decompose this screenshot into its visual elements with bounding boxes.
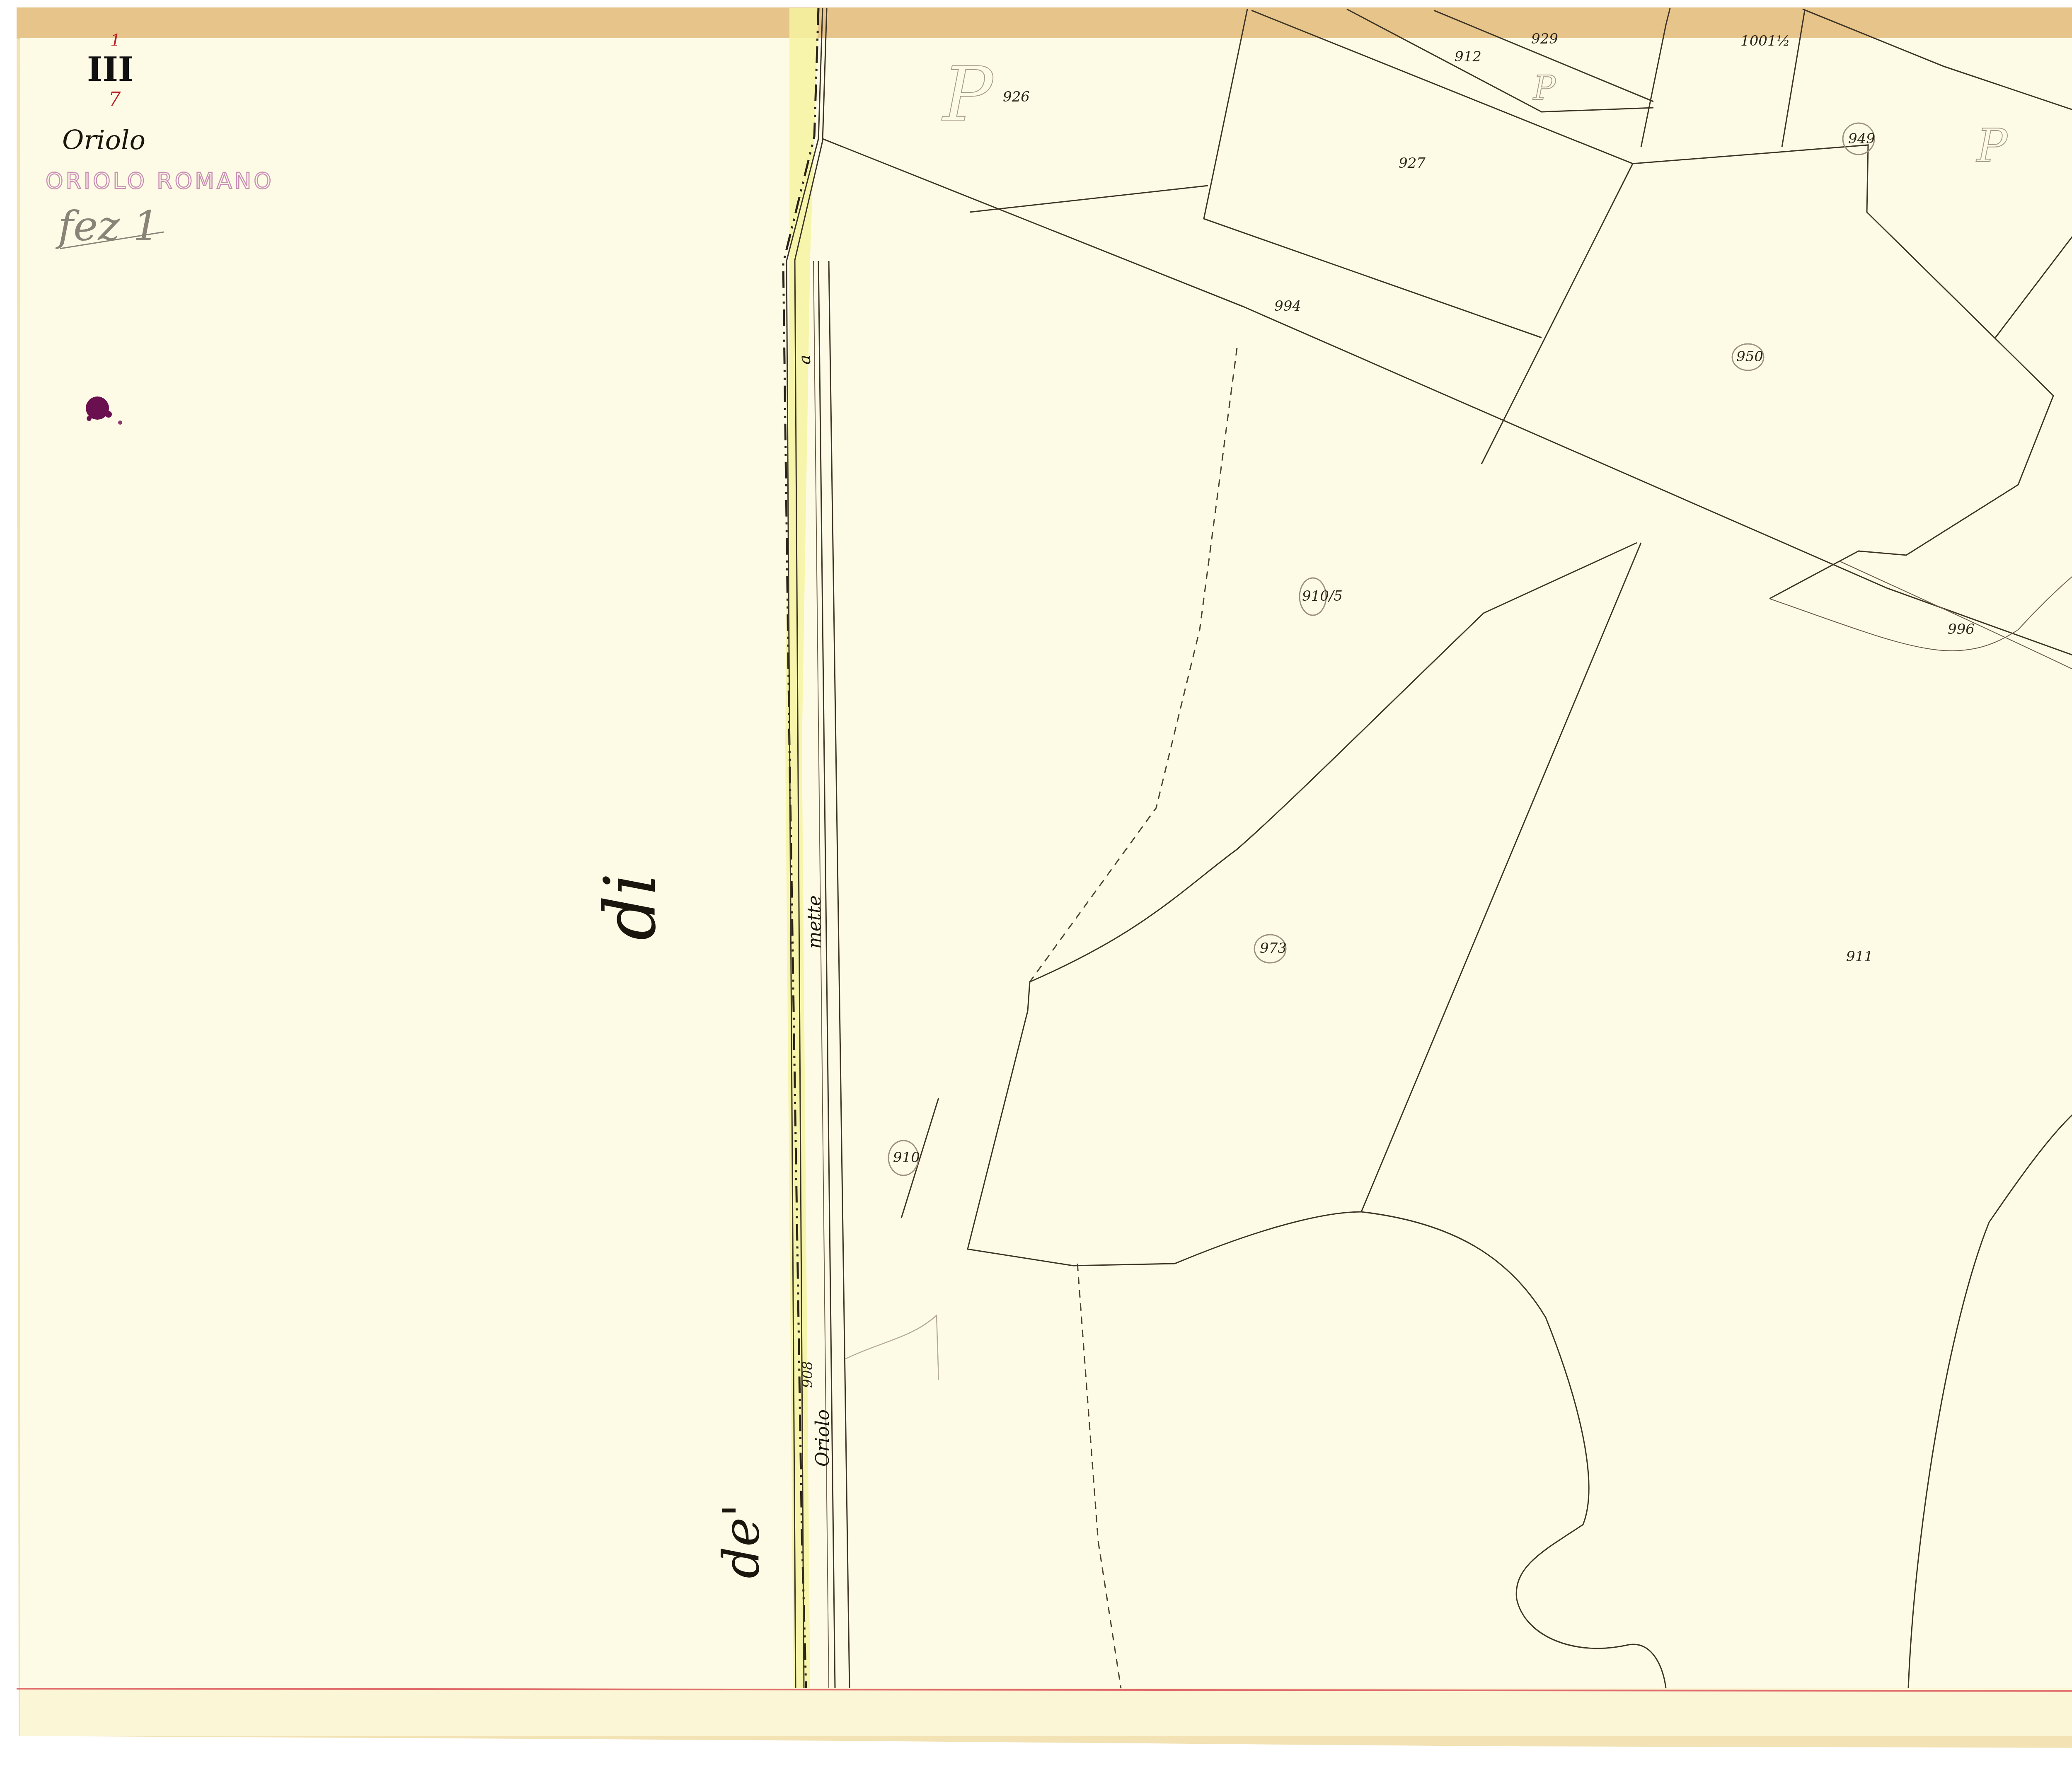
parcel-number-929[interactable]: 929: [1531, 31, 1558, 47]
road-label-oriolo: Oriolo: [812, 1409, 833, 1467]
parcel-number-996[interactable]: 996: [1948, 621, 1975, 638]
parcel-number-950[interactable]: 950: [1736, 348, 1763, 365]
sheet-number-bottom: 7: [109, 88, 121, 110]
p-mark: P: [1532, 69, 1556, 107]
sheet-number-top: 1: [110, 31, 121, 50]
pencil-note: fez 1: [55, 202, 159, 250]
stamp-oriolo-romano: ORIOLO ROMANO: [46, 168, 274, 194]
parcel-number-994[interactable]: 994: [1274, 298, 1301, 314]
parcel-number-973[interactable]: 973: [1260, 940, 1287, 957]
parcel-number-911[interactable]: 911: [1846, 948, 1873, 965]
bottom-margin: [20, 1688, 2072, 1736]
municipality-label: Oriolo: [62, 125, 145, 156]
parcel-number-949[interactable]: 949: [1848, 131, 1875, 147]
sheet-paper: [20, 38, 2072, 1688]
parcel-number-926[interactable]: 926: [1003, 89, 1030, 105]
road-label-mette: mette: [804, 895, 825, 949]
parcel-number-927[interactable]: 927: [1399, 155, 1426, 172]
p-mark: P: [1976, 119, 2008, 172]
road-number: 908: [799, 1361, 816, 1388]
territory-label-de: de': [713, 1503, 770, 1578]
parcel-number-910-5[interactable]: 910/5: [1302, 588, 1343, 604]
sheet-roman-numeral: III: [87, 50, 133, 89]
territory-label-di: di: [590, 873, 672, 940]
p-mark: P: [942, 51, 994, 138]
parcel-number-912[interactable]: 912: [1455, 48, 1481, 65]
parcel-number-910[interactable]: 910: [893, 1149, 920, 1166]
parcel-number-1001-half[interactable]: 1001½: [1740, 33, 1790, 49]
road-label-a: a: [795, 355, 814, 365]
cadastral-map: a mette Oriolo 908 di de' P P P P 926 91…: [0, 0, 2072, 1779]
